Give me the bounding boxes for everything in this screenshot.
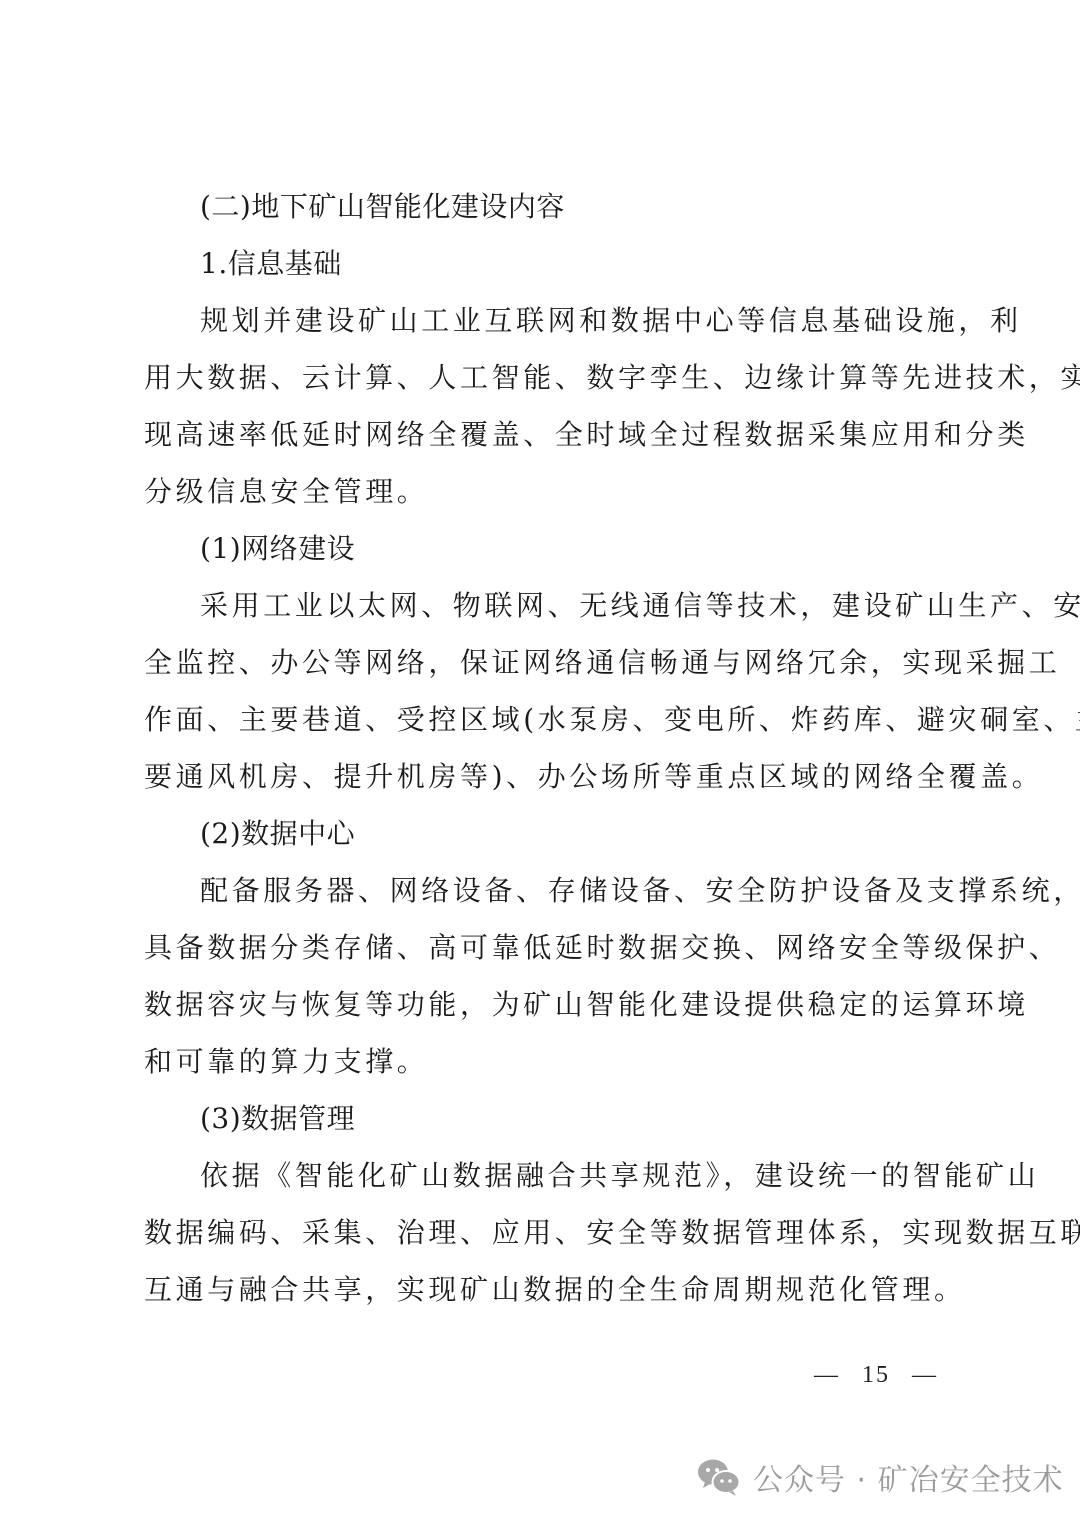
page-number-value: 15 bbox=[862, 1362, 890, 1388]
paragraph-line: 作面、主要巷道、受控区域(水泵房、变电所、炸药库、避灾硐室、主 bbox=[144, 691, 940, 748]
watermark-text: 公众号 · 矿冶安全技术 bbox=[753, 1455, 1064, 1499]
wechat-watermark: 公众号 · 矿冶安全技术 bbox=[697, 1455, 1064, 1499]
paragraph-line: 数据编码、采集、治理、应用、安全等数据管理体系，实现数据互联 bbox=[144, 1204, 940, 1261]
document-body: (二)地下矿山智能化建设内容 1.信息基础 规划并建设矿山工业互联网和数据中心等… bbox=[144, 178, 940, 1318]
wechat-icon bbox=[697, 1457, 741, 1497]
paragraph-line: 依据《智能化矿山数据融合共享规范》，建设统一的智能矿山 bbox=[144, 1147, 940, 1204]
section-title: (二)地下矿山智能化建设内容 bbox=[144, 178, 940, 235]
paragraph-network: 采用工业以太网、物联网、无线通信等技术，建设矿山生产、安 全监控、办公等网络，保… bbox=[144, 577, 940, 805]
page-dash-left: — bbox=[800, 1362, 854, 1388]
paragraph-line: 要通风机房、提升机房等)、办公场所等重点区域的网络全覆盖。 bbox=[144, 748, 940, 805]
page-dash-right: — bbox=[898, 1362, 952, 1388]
paragraph-line: 数据容灾与恢复等功能，为矿山智能化建设提供稳定的运算环境 bbox=[144, 976, 940, 1033]
paragraph-line: 现高速率低延时网络全覆盖、全时域全过程数据采集应用和分类 bbox=[144, 406, 940, 463]
paragraph-info-infrastructure: 规划并建设矿山工业互联网和数据中心等信息基础设施，利 用大数据、云计算、人工智能… bbox=[144, 292, 940, 520]
paragraph-line: 采用工业以太网、物联网、无线通信等技术，建设矿山生产、安 bbox=[144, 577, 940, 634]
paragraph-line: 全监控、办公等网络，保证网络通信畅通与网络冗余，实现采掘工 bbox=[144, 634, 940, 691]
subsection-title: 1.信息基础 bbox=[144, 235, 940, 292]
paragraph-datacenter: 配备服务器、网络设备、存储设备、安全防护设备及支撑系统， 具备数据分类存储、高可… bbox=[144, 862, 940, 1090]
page-number: — 15 — bbox=[800, 1362, 952, 1389]
paragraph-line: 具备数据分类存储、高可靠低延时数据交换、网络安全等级保护、 bbox=[144, 919, 940, 976]
item-title-network: (1)网络建设 bbox=[144, 520, 940, 577]
item-title-data-management: (3)数据管理 bbox=[144, 1090, 940, 1147]
document-page: (二)地下矿山智能化建设内容 1.信息基础 规划并建设矿山工业互联网和数据中心等… bbox=[0, 0, 1080, 1527]
paragraph-line: 规划并建设矿山工业互联网和数据中心等信息基础设施，利 bbox=[144, 292, 940, 349]
paragraph-data-management: 依据《智能化矿山数据融合共享规范》，建设统一的智能矿山 数据编码、采集、治理、应… bbox=[144, 1147, 940, 1318]
paragraph-line: 和可靠的算力支撑。 bbox=[144, 1033, 940, 1090]
item-title-datacenter: (2)数据中心 bbox=[144, 805, 940, 862]
paragraph-line: 互通与融合共享，实现矿山数据的全生命周期规范化管理。 bbox=[144, 1261, 940, 1318]
paragraph-line: 配备服务器、网络设备、存储设备、安全防护设备及支撑系统， bbox=[144, 862, 940, 919]
paragraph-line: 分级信息安全管理。 bbox=[144, 463, 940, 520]
paragraph-line: 用大数据、云计算、人工智能、数字孪生、边缘计算等先进技术，实 bbox=[144, 349, 940, 406]
